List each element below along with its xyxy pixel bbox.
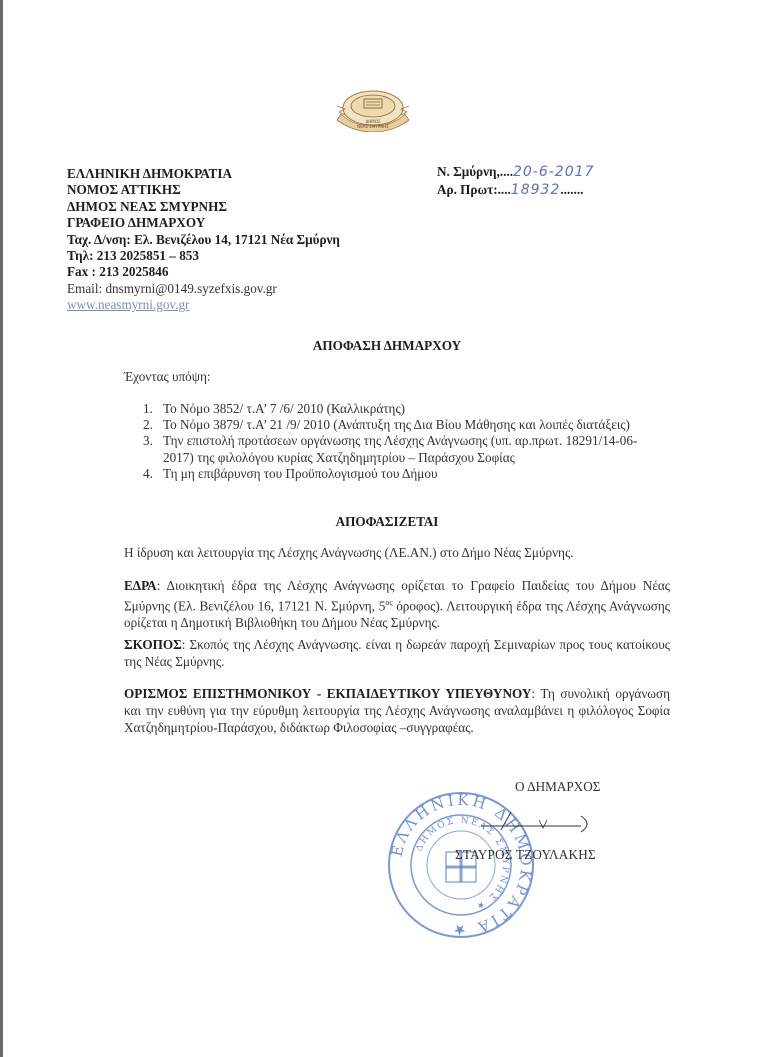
handwritten-protocol-number: 18932 <box>511 182 561 198</box>
header-line-prefecture: ΝΟΜΟΣ ΑΤΤΙΚΗΣ <box>67 182 340 198</box>
list-item: 2. Το Νόμο 3879/ τ.Α’ 21 /9/ 2010 (Ανάπτ… <box>143 417 663 433</box>
decision-heading: ΑΠΟΦΑΣΙΖΕΤΑΙ <box>3 514 768 530</box>
date-line: Ν. Σμύρνη,....20-6-2017 <box>437 163 594 181</box>
header-line-country: ΕΛΛΗΝΙΚΗ ΔΗΜΟΚΡΑΤΙΑ <box>67 166 340 182</box>
responsible-label: ΟΡΙΣΜΟΣ ΕΠΙΣΤΗΜΟΝΙΚΟΥ - ΕΚΠΑΙΔΕΥΤΙΚΟΥ ΥΠ… <box>124 686 531 701</box>
place-label: Ν. Σμύρνη, <box>437 164 500 179</box>
document-title: ΑΠΟΦΑΣΗ ΔΗΜΑΡΧΟΥ <box>3 338 768 354</box>
list-item: 1. Το Νόμο 3852/ τ.Α’ 7 /6/ 2010 (Καλλικ… <box>143 401 663 417</box>
header-line-phone: Τηλ: 213 2025851 – 853 <box>67 248 340 264</box>
considerations-intro: Έχοντας υπόψη: <box>124 369 211 385</box>
seat-paragraph: ΕΔΡΑ: Διοικητική έδρα της Λέσχης Ανάγνωσ… <box>124 578 670 632</box>
purpose-paragraph: ΣΚΟΠΟΣ: Σκοπός της Λέσχης Ανάγνωσης. είν… <box>124 637 670 671</box>
svg-text:ΝΕΑΣ ΣΜΥΡΝΗΣ: ΝΕΑΣ ΣΜΥΡΝΗΣ <box>357 124 389 129</box>
signature-scribble-icon <box>481 808 601 838</box>
header-line-fax: Fax : 213 2025846 <box>67 264 340 280</box>
considerations-list: 1. Το Νόμο 3852/ τ.Α’ 7 /6/ 2010 (Καλλικ… <box>143 401 663 482</box>
purpose-label: ΣΚΟΠΟΣ <box>124 637 182 652</box>
protocol-line: Αρ. Πρωτ:....18932....... <box>437 181 594 199</box>
signatory-name: ΣΤΑΥΡΟΣ ΤΖΟΥΛΑΚΗΣ <box>455 847 596 863</box>
decision-intro: Η ίδρυση και λειτουργία της Λέσχης Ανάγν… <box>124 545 670 562</box>
protocol-label: Αρ. Πρωτ: <box>437 182 498 197</box>
header-line-office: ΓΡΑΦΕΙΟ ΔΗΜΑΡΧΟΥ <box>67 215 340 231</box>
header-line-address: Ταχ. Δ/νση: Ελ. Βενιζέλου 14, 17121 Νέα … <box>67 232 340 248</box>
list-item: 4. Τη μη επιβάρυνση του Προϋπολογισμού τ… <box>143 466 663 482</box>
sender-header: ΕΛΛΗΝΙΚΗ ΔΗΜΟΚΡΑΤΙΑ ΝΟΜΟΣ ΑΤΤΙΚΗΣ ΔΗΜΟΣ … <box>67 166 340 314</box>
header-line-municipality: ΔΗΜΟΣ ΝΕΑΣ ΣΜΥΡΝΗΣ <box>67 199 340 215</box>
responsible-paragraph: ΟΡΙΣΜΟΣ ΕΠΙΣΤΗΜΟΝΙΚΟΥ - ΕΚΠΑΙΔΕΥΤΙΚΟΥ ΥΠ… <box>124 686 670 736</box>
handwritten-date: 20-6-2017 <box>513 164 594 180</box>
website-link[interactable]: www.neasmyrni.gov.gr <box>67 297 340 313</box>
header-line-email: Email: dnsmyrni@0149.syzefxis.gov.gr <box>67 281 340 297</box>
date-protocol-block: Ν. Σμύρνη,....20-6-2017 Αρ. Πρωτ:....189… <box>437 163 594 199</box>
municipality-seal-icon: ΔΗΜΟΣ ΝΕΑΣ ΣΜΥΡΝΗΣ <box>333 86 413 132</box>
list-item: 3. Την επιστολή προτάσεων οργάνωσης της … <box>143 433 663 465</box>
seat-label: ΕΔΡΑ <box>124 578 157 593</box>
signatory-title: Ο ΔΗΜΑΡΧΟΣ <box>515 779 600 795</box>
document-page: ΔΗΜΟΣ ΝΕΑΣ ΣΜΥΡΝΗΣ ΕΛΛΗΝΙΚΗ ΔΗΜΟΚΡΑΤΙΑ Ν… <box>0 0 768 1057</box>
